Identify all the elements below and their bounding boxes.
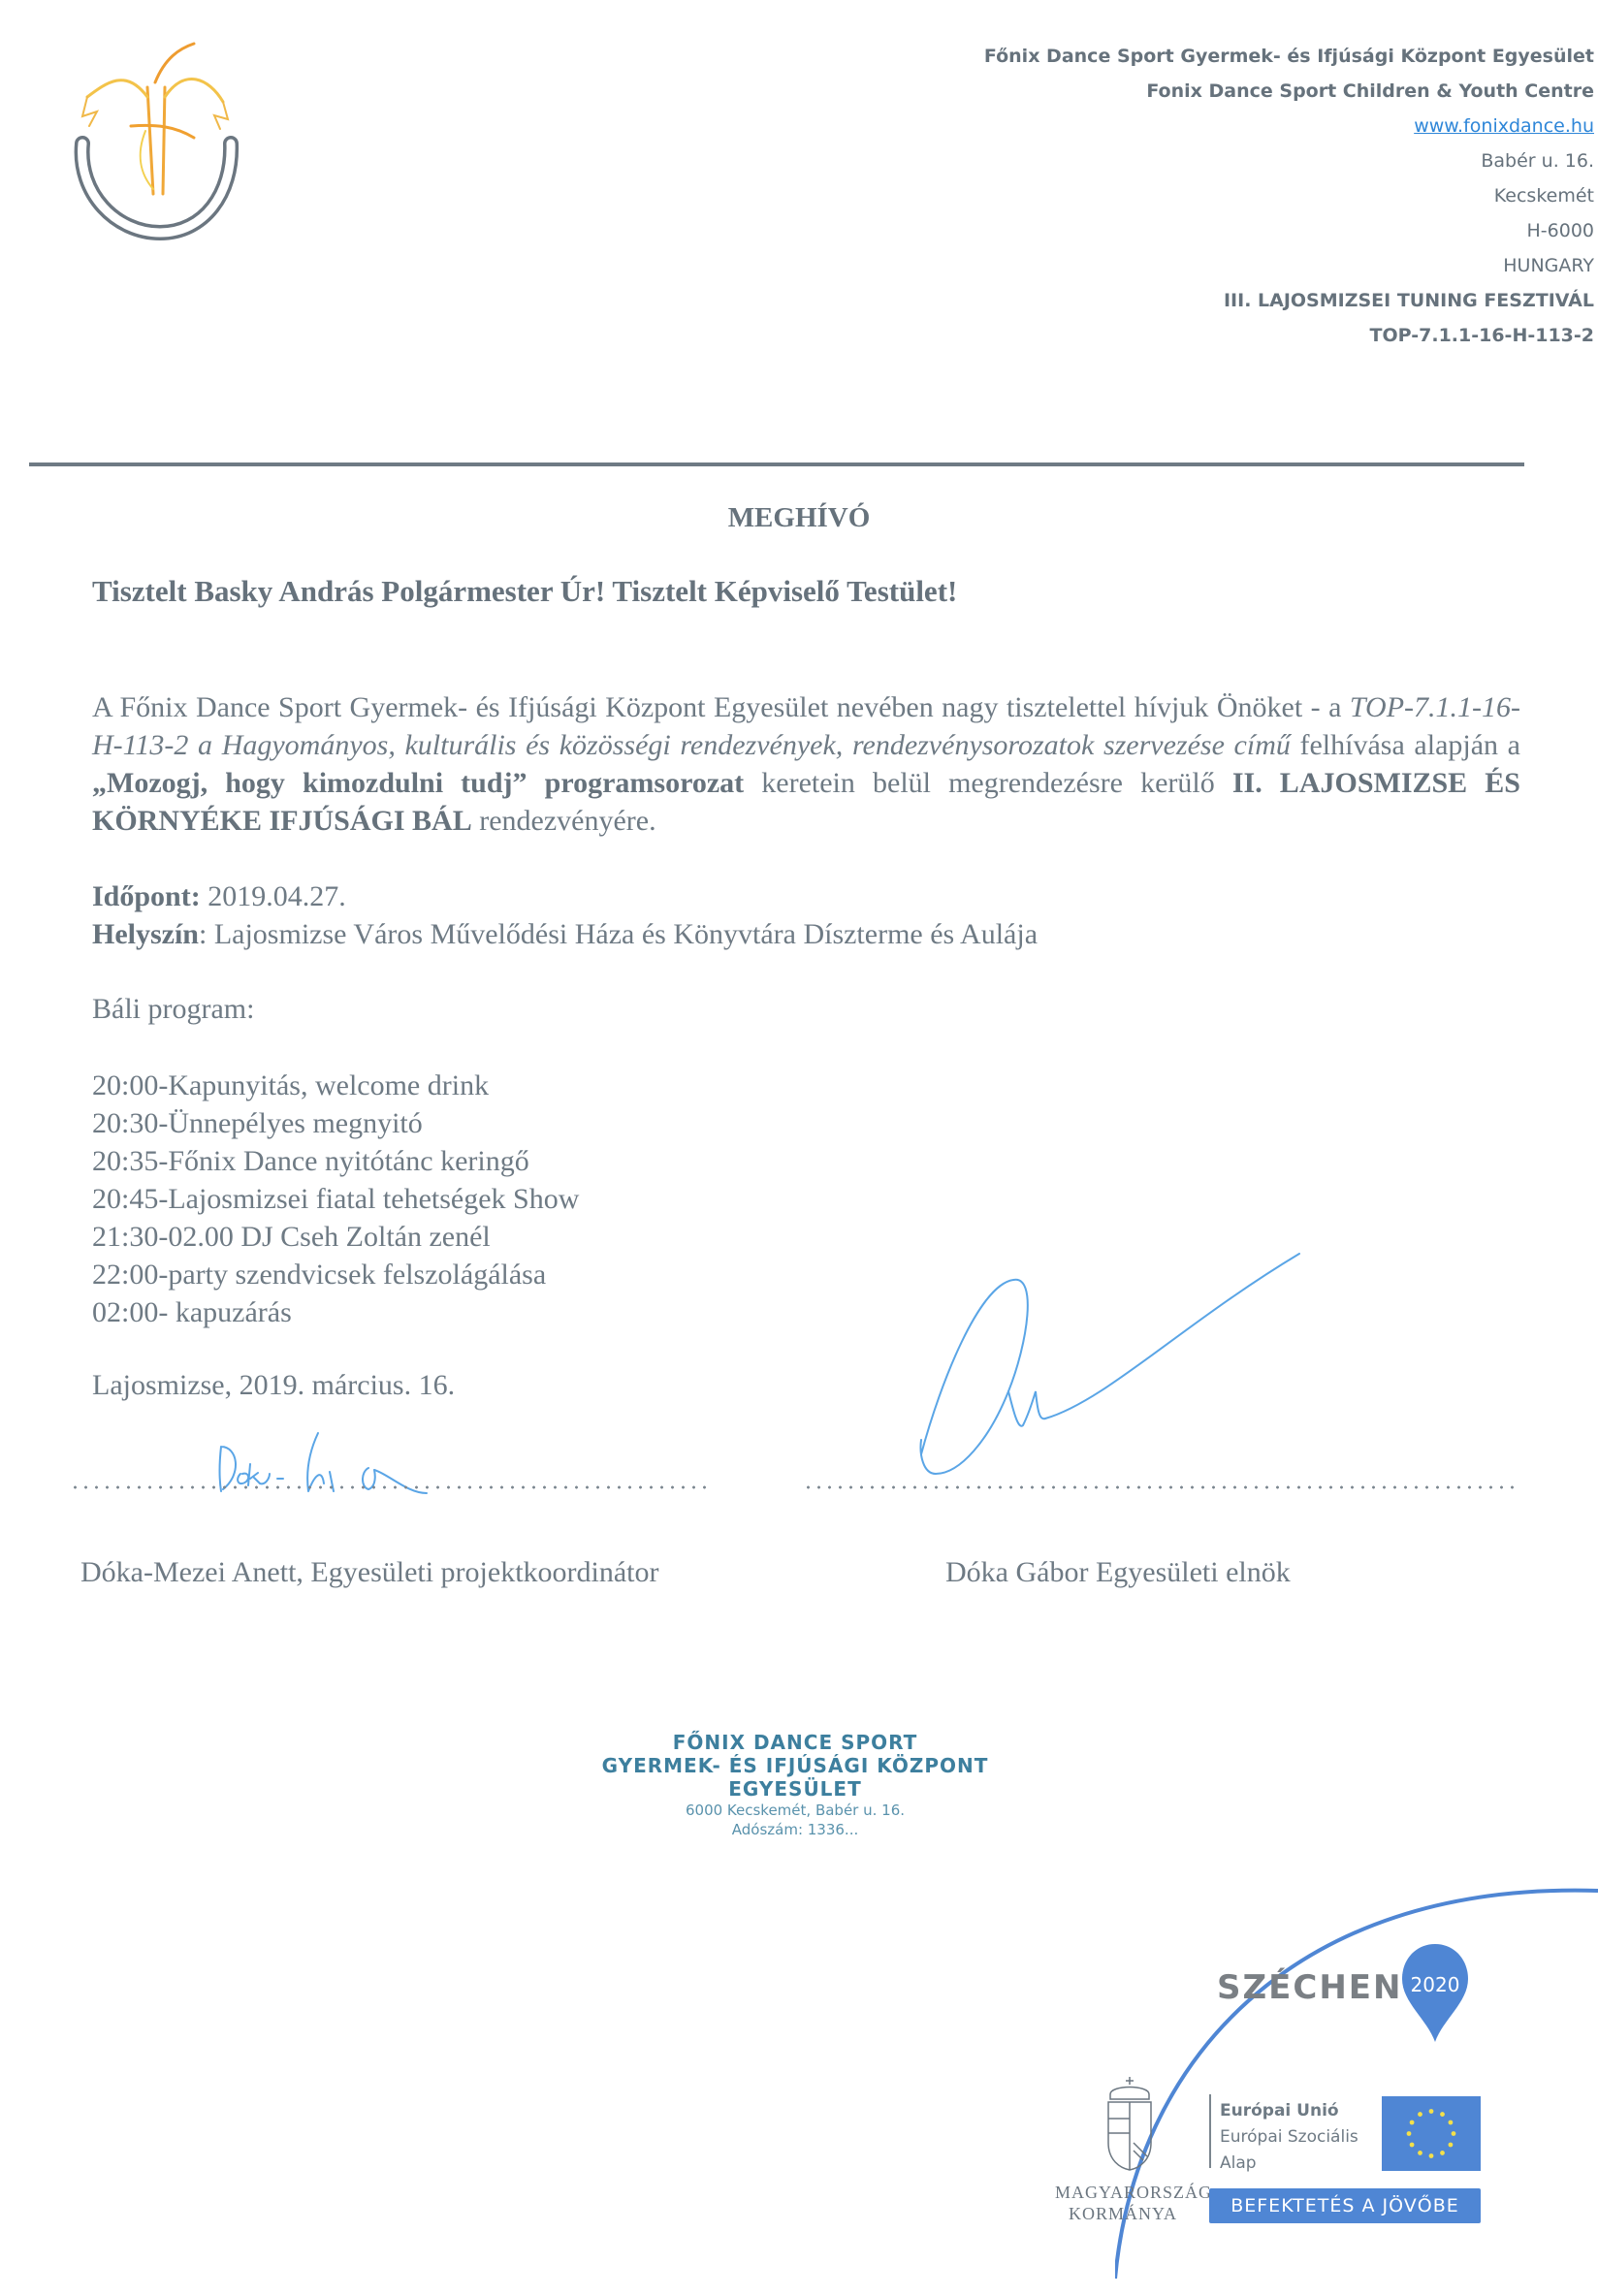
document-title: MEGHÍVÓ (0, 502, 1598, 534)
org-name-en: Fonix Dance Sport Children & Youth Centr… (721, 74, 1594, 109)
gov-line: MAGYARORSZÁG (1055, 2182, 1191, 2203)
fonix-dance-logo (39, 29, 272, 262)
program-list: 20:00-Kapunyitás, welcome drink 20:30-Ün… (92, 1067, 579, 1331)
body-text-1: A Főnix Dance Sport Gyermek- és Ifjúsági… (92, 691, 1350, 723)
date-label: Időpont: (92, 880, 201, 912)
address-postcode: H-6000 (721, 213, 1594, 248)
event-name: III. LAJOSMIZSEI TUNING FESZTIVÁL (721, 283, 1594, 318)
eu-line: Európai Unió (1220, 2098, 1358, 2124)
salutation: Tisztelt Basky András Polgármester Úr! T… (92, 574, 957, 609)
stamp-line: Adószám: 1336... (601, 1820, 989, 1839)
program-item: 02:00- kapuzárás (92, 1293, 579, 1331)
date-value: 2019.04.27. (201, 880, 346, 912)
body-text-4: rendezvényére. (472, 805, 656, 837)
stamp-line: 6000 Kecskemét, Babér u. 16. (601, 1801, 989, 1820)
program-label: Báli program: (92, 993, 254, 1026)
address-country: HUNGARY (721, 248, 1594, 283)
organization-stamp: FŐNIX DANCE SPORT GYERMEK- ÉS IFJÚSÁGI K… (601, 1731, 989, 1839)
venue-value: : Lajosmizse Város Művelődési Háza és Kö… (199, 918, 1038, 950)
program-item: 22:00-party szendvicsek felszolágálása (92, 1256, 579, 1293)
signature-right (853, 1246, 1309, 1498)
szechenyi-year: 2020 (1404, 1973, 1466, 1996)
program-item: 20:45-Lajosmizsei fiatal tehetségek Show (92, 1180, 579, 1218)
signatory-coordinator: Dóka-Mezei Anett, Egyesületi projektkoor… (80, 1556, 659, 1589)
project-code: TOP-7.1.1-16-H-113-2 (721, 318, 1594, 353)
signature-line-right (803, 1485, 1515, 1489)
event-date: Időpont: 2019.04.27. (92, 877, 1038, 915)
venue-label: Helyszín (92, 918, 199, 950)
letterhead: Főnix Dance Sport Gyermek- és Ifjúsági K… (721, 39, 1594, 353)
program-item: 20:35-Főnix Dance nyitótánc keringő (92, 1142, 579, 1180)
signature-left (194, 1425, 562, 1503)
hungarian-government-label: MAGYARORSZÁG KORMÁNYA (1055, 2182, 1191, 2224)
program-item: 20:30-Ünnepélyes megnyitó (92, 1104, 579, 1142)
signatory-president: Dóka Gábor Egyesületi elnök (945, 1556, 1291, 1589)
eu-divider (1209, 2094, 1211, 2168)
stamp-line: GYERMEK- ÉS IFJÚSÁGI KÖZPONT (601, 1754, 989, 1777)
gov-line: KORMÁNYA (1055, 2203, 1191, 2224)
stamp-line: FŐNIX DANCE SPORT (601, 1731, 989, 1754)
eu-flag-icon (1382, 2096, 1481, 2171)
org-name-hu: Főnix Dance Sport Gyermek- és Ifjúsági K… (721, 39, 1594, 74)
event-venue: Helyszín: Lajosmizse Város Művelődési Há… (92, 915, 1038, 953)
hungarian-coat-of-arms-icon (1101, 2075, 1159, 2172)
signature-line-left (70, 1485, 710, 1489)
website-link[interactable]: www.fonixdance.hu (1414, 115, 1594, 137)
address-city: Kecskemét (721, 178, 1594, 213)
header-divider (29, 462, 1524, 466)
program-item: 20:00-Kapunyitás, welcome drink (92, 1067, 579, 1104)
investment-slogan-banner: BEFEKTETÉS A JÖVŐBE (1209, 2188, 1481, 2223)
place-and-date: Lajosmizse, 2019. március. 16. (92, 1369, 455, 1402)
program-item: 21:30-02.00 DJ Cseh Zoltán zenél (92, 1218, 579, 1256)
invitation-paragraph: A Főnix Dance Sport Gyermek- és Ifjúsági… (92, 688, 1520, 840)
body-text-3: keretein belül megrendezésre kerülő (744, 767, 1232, 799)
eu-line: Alap (1220, 2151, 1358, 2177)
eu-line: Európai Szociális (1220, 2124, 1358, 2151)
eu-fund-label: Európai Unió Európai Szociális Alap (1220, 2098, 1358, 2177)
body-text-2: felhívása alapján a (1291, 729, 1520, 761)
address-street: Babér u. 16. (721, 143, 1594, 178)
event-info: Időpont: 2019.04.27. Helyszín: Lajosmizs… (92, 877, 1038, 953)
body-program-series: „Mozogj, hogy kimozdulni tudj” programso… (92, 767, 744, 799)
stamp-line: EGYESÜLET (601, 1777, 989, 1801)
